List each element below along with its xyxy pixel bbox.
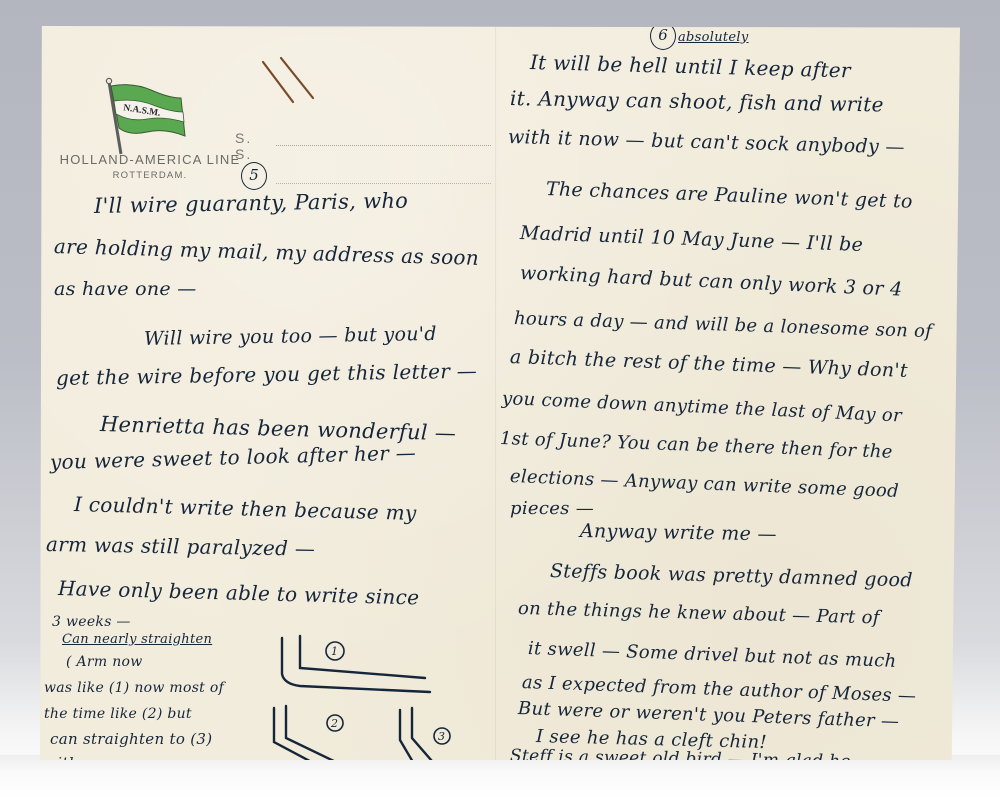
- right-line-5: Madrid until 10 May June — I'll be: [520, 222, 864, 256]
- left-line-12: Can nearly straighten: [62, 632, 212, 647]
- right-line-15: on the things he knew about — Part of: [518, 598, 880, 628]
- right-line-10: 1st of June? You can be there then for t…: [500, 428, 893, 463]
- page-number-right: 6: [650, 22, 676, 50]
- right-line-8: a bitch the rest of the time — Why don't: [510, 346, 909, 382]
- pencil-marks: [255, 52, 325, 112]
- dateline: [276, 183, 491, 184]
- table-surface: [0, 755, 1000, 800]
- right-line-9: you come down anytime the last of May or: [502, 388, 903, 426]
- right-line-6: working hard but can only work 3 or 4: [520, 262, 903, 301]
- left-line-2: are holding my mail, my address as soon: [54, 234, 480, 270]
- page-fold: [495, 26, 497, 760]
- arm-diagram: 1 2 3: [270, 626, 480, 776]
- letter-sheet: N.A.S.M. HOLLAND-AMERICA LINE ROTTERDAM.…: [40, 26, 960, 760]
- left-line-5: get the wire before you get this letter …: [56, 359, 478, 390]
- company-city: ROTTERDAM.: [100, 170, 200, 181]
- page-number-left: 5: [241, 162, 267, 190]
- right-line-1: It will be hell until I keep after: [530, 50, 851, 82]
- insertion-note: absolutely: [678, 30, 749, 45]
- right-line-4: The chances are Pauline won't get to: [546, 178, 914, 213]
- right-line-3: with it now — but can't sock anybody —: [508, 126, 905, 158]
- left-line-15: the time like (2) but: [44, 706, 192, 722]
- left-line-14: was like (1) now most of: [44, 680, 224, 696]
- left-line-10: Have only been able to write since: [58, 576, 420, 609]
- left-line-4: Will wire you too — but you'd: [144, 323, 437, 350]
- svg-text:1: 1: [331, 645, 338, 658]
- left-line-1: I'll wire guaranty, Paris, who: [94, 189, 409, 218]
- company-name: HOLLAND-AMERICA LINE: [30, 152, 270, 167]
- right-line-12: pieces —: [510, 498, 594, 519]
- left-line-7: you were sweet to look after her —: [50, 440, 417, 474]
- ship-name-line: [276, 145, 491, 146]
- left-line-13: ( Arm now: [66, 654, 143, 670]
- flag-icon: N.A.S.M.: [103, 76, 183, 146]
- left-line-8: I couldn't write then because my: [74, 492, 417, 525]
- left-line-3: as have one —: [54, 278, 197, 300]
- left-line-16: can straighten to (3): [50, 730, 212, 748]
- ship-name-label: S. S.: [235, 130, 252, 162]
- left-line-11: 3 weeks —: [52, 614, 131, 630]
- right-line-2: it. Anyway can shoot, fish and write: [510, 86, 884, 117]
- right-line-7: hours a day — and will be a lonesome son…: [514, 308, 933, 342]
- svg-text:2: 2: [330, 717, 338, 730]
- right-line-14: Steffs book was pretty damned good: [550, 560, 913, 591]
- left-line-9: arm was still paralyzed —: [46, 532, 316, 561]
- svg-text:3: 3: [438, 730, 445, 743]
- right-line-16: it swell — Some drivel but not as much: [528, 638, 897, 672]
- right-line-13: Anyway write me —: [580, 520, 777, 545]
- right-line-11: elections — Anyway can write some good: [510, 466, 900, 502]
